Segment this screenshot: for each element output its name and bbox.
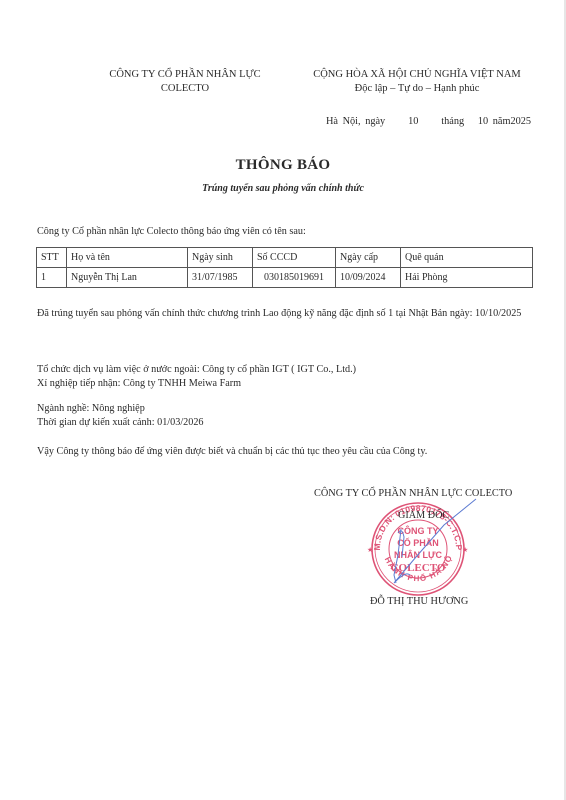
job-block: Ngành nghề: Nông nghiệp Thời gian dự kiế… [37,402,204,429]
national-title: CỘNG HÒA XÃ HỘI CHỦ NGHĨA VIỆT NAM [292,68,542,82]
header-id-number: Số CCCD [253,248,336,268]
header-dob: Ngày sinh [188,248,253,268]
stamp-line-4: COLECTO [391,562,446,574]
date-place: Hà Nội, [326,116,361,127]
national-motto: Độc lập – Tự do – Hạnh phúc [292,82,542,96]
document-title: THÔNG BÁO [0,157,566,174]
candidate-table: STT Họ và tên Ngày sinh Số CCCD Ngày cấp… [36,247,533,288]
company-name-line2: COLECTO [60,82,310,96]
document-subtitle: Trúng tuyển sau phỏng vấn chính thức [0,183,566,194]
stamp-star-left: ★ [367,546,373,554]
receiving-enterprise: Xí nghiệp tiếp nhận: Công ty TNHH Meiwa … [37,377,356,391]
date-line: Hà Nội, ngày 10 tháng 10 năm2025 [326,116,531,127]
departure-date: Thời gian dự kiến xuất cảnh: 01/03/2026 [37,416,204,430]
intro-text: Công ty Cổ phần nhân lực Colecto thông b… [37,226,306,237]
company-header: CÔNG TY CỔ PHẦN NHÂN LỰC COLECTO [60,68,310,96]
cell-id-number: 030185019691 [253,268,336,288]
date-month-label: tháng [441,116,464,127]
date-year-label: năm [493,116,511,127]
header-stt: STT [37,248,67,268]
header-issue-date: Ngày cấp [336,248,401,268]
date-day: 10 [408,116,418,127]
date-year: 2025 [510,116,531,127]
cell-dob: 31/07/1985 [188,268,253,288]
closing-paragraph: Vậy Công ty thông báo để ứng viên được b… [37,446,427,457]
cell-issue-date: 10/09/2024 [336,268,401,288]
company-name-line1: CÔNG TY CỔ PHẦN NHÂN LỰC [60,68,310,82]
result-paragraph: Đã trúng tuyển sau phỏng vấn chính thức … [37,307,527,321]
header-name: Họ và tên [67,248,188,268]
table-header-row: STT Họ và tên Ngày sinh Số CCCD Ngày cấp… [37,248,533,268]
cell-stt: 1 [37,268,67,288]
table-row: 1 Nguyễn Thị Lan 31/07/1985 030185019691… [37,268,533,288]
signature-position: GIÁM ĐỐC [398,510,449,521]
signatory-name: ĐỖ THỊ THU HƯƠNG [370,596,468,607]
date-month: 10 [478,116,488,127]
date-day-label: ngày [365,116,385,127]
job-field: Ngành nghề: Nông nghiệp [37,402,204,416]
organization-block: Tổ chức dịch vụ làm việc ở nước ngoài: C… [37,363,356,390]
overseas-service-org: Tổ chức dịch vụ làm việc ở nước ngoài: C… [37,363,356,377]
cell-hometown: Hải Phòng [401,268,533,288]
stamp-star-right: ★ [462,546,468,554]
national-header: CỘNG HÒA XÃ HỘI CHỦ NGHĨA VIỆT NAM Độc l… [292,68,542,96]
cell-name: Nguyễn Thị Lan [67,268,188,288]
header-hometown: Quê quán [401,248,533,268]
